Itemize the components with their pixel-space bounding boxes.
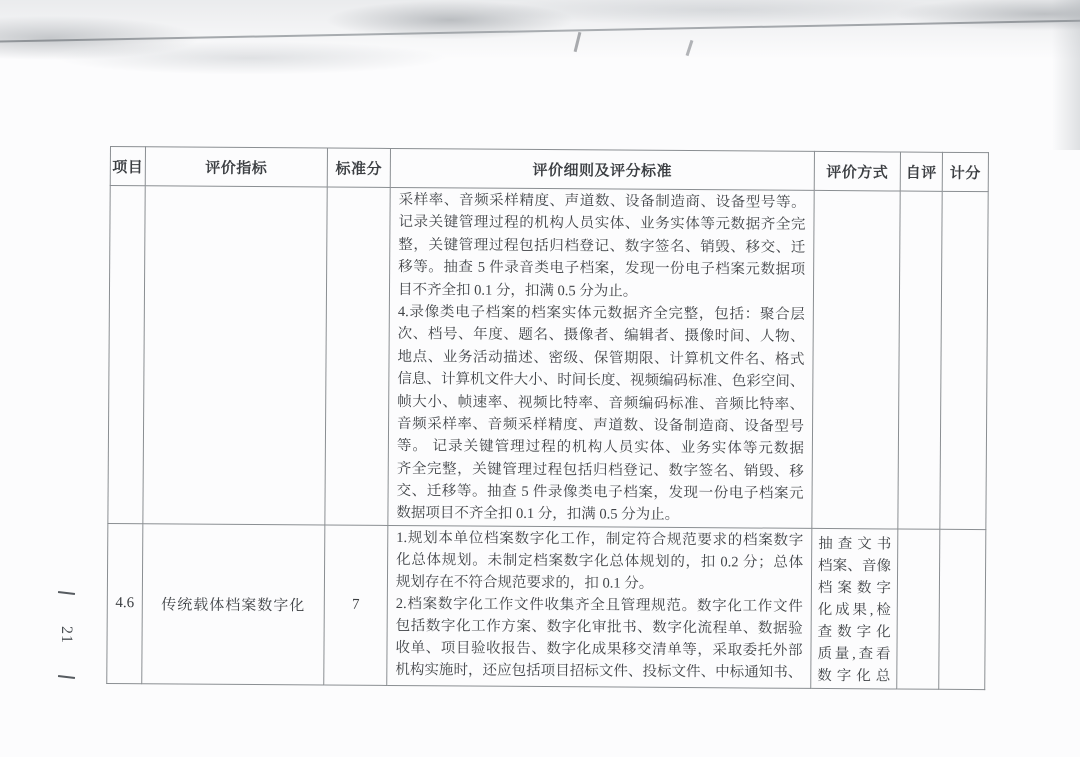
scan-fold-tick [686, 40, 694, 56]
detail-line: 整，关键管理过程包括归档登记、数字签名、销毁、移交、迁 [398, 234, 805, 259]
page-number-dash [57, 675, 74, 679]
cell-indicator [143, 186, 327, 525]
method-line: 档案、音像 [818, 555, 891, 578]
col-header-score: 计分 [942, 152, 988, 191]
detail-line: 收单、项目验收报告、数字化成果移交清单等，采取委托外部 [395, 637, 802, 662]
table-row-46: 4.6 传统载体档案数字化 7 1.规划本单位档案数字化工作，制定符合规范要求的… [107, 523, 986, 689]
detail-line: 音频采样率、音频采样精度、声道数、设备制造商、设备型号 [397, 413, 804, 438]
evaluation-table-wrapper: 项目 评价指标 标准分 评价细则及评分标准 评价方式 自评 计分 采样率、音频采… [106, 146, 989, 690]
detail-line: 1.规划本单位档案数字化工作，制定符合规范要求的档案数字 [396, 527, 803, 552]
detail-line: 信息、计算机文件大小、时间长度、视频编码标准、色彩空间、 [397, 368, 804, 393]
detail-line: 4.录像类电子档案的档案实体元数据齐全完整，包括：聚合层 [398, 301, 805, 326]
cell-details: 1.规划本单位档案数字化工作，制定符合规范要求的档案数字 化总体规划。未制定档案… [387, 525, 812, 688]
col-header-self-eval: 自评 [900, 152, 942, 191]
detail-line: 数据项目不齐全扣 0.1 分，扣满 0.5 分为止。 [396, 502, 803, 527]
table-header-row: 项目 评价指标 标准分 评价细则及评分标准 评价方式 自评 计分 [110, 147, 988, 192]
method-line: 化成果,检 [818, 599, 891, 622]
method-line: 质量,查看 [817, 643, 890, 666]
col-header-indicator: 评价指标 [145, 147, 327, 187]
cell-method: 抽查文书 档案、音像 档案数字 化成果,检 查数字化 质量,查看 数字化总 [811, 528, 898, 688]
table-row-continuation: 采样率、音频采样精度、声道数、设备制造商、设备型号等。 记录关键管理过程的机构人… [108, 186, 988, 530]
cell-score [939, 529, 986, 689]
method-line: 抽查文书 [818, 533, 891, 556]
cell-self-eval [897, 529, 940, 689]
col-header-details: 评价细则及评分标准 [390, 148, 814, 190]
detail-line: 交、迁移等。抽查 5 件录像类电子档案，发现一份电子档案元 [397, 480, 804, 505]
detail-line: 帧大小、帧速率、视频比特率、音频编码标准、音频比特率、 [397, 391, 804, 416]
cell-self-eval [898, 191, 942, 529]
scan-fold-tick [574, 32, 582, 52]
detail-line: 机构实施时，还应包括项目招标文件、投标文件、中标通知书、 [395, 659, 802, 684]
page-number-dash [57, 591, 74, 595]
evaluation-table: 项目 评价指标 标准分 评价细则及评分标准 评价方式 自评 计分 采样率、音频采… [106, 146, 989, 690]
cell-item: 4.6 [107, 523, 143, 683]
col-header-method: 评价方式 [814, 151, 900, 191]
page-number: 21 [48, 592, 84, 678]
col-header-standard-score: 标准分 [327, 148, 390, 187]
detail-line: 次、档号、年度、题名、摄像者、编辑者、摄像时间、人物、 [398, 323, 805, 348]
cell-details: 采样率、音频采样精度、声道数、设备制造商、设备型号等。 记录关键管理过程的机构人… [388, 187, 814, 528]
scan-fold-line [0, 19, 1080, 42]
cell-standard-score: 7 [324, 525, 388, 685]
scan-shadow-artifact [0, 0, 1080, 96]
page-number-value: 21 [57, 626, 75, 644]
detail-line: 规划存在不符合规范要求的，扣 0.1 分。 [396, 571, 803, 596]
method-line: 档案数字 [818, 577, 891, 600]
col-header-item: 项目 [110, 147, 145, 186]
detail-line: 包括数字化工作方案、数字化审批书、数字化流程单、数据验 [396, 615, 803, 640]
cell-indicator: 传统载体档案数字化 [142, 524, 325, 685]
page-edge-shade [1052, 0, 1080, 150]
detail-line: 移等。抽查 5 件录音类电子档案，发现一份电子档案元数据项 [398, 256, 805, 281]
cell-item [108, 186, 145, 524]
detail-line: 2.档案数字化工作文件收集齐全且管理规范。数字化工作文件 [396, 593, 803, 618]
detail-line: 化总体规划。未制定档案数字化总体规划的，扣 0.2 分；总体 [396, 549, 803, 574]
detail-line: 记录关键管理过程的机构人员实体、业务实体等元数据齐全完 [398, 211, 805, 236]
detail-line: 目不齐全扣 0.1 分，扣满 0.5 分为止。 [398, 279, 805, 304]
method-line: 查数字化 [818, 621, 891, 644]
cell-standard-score [325, 187, 390, 525]
detail-line: 等。 记录关键管理过程的机构人员实体、业务实体等元数据 [397, 435, 804, 460]
detail-line: 地点、业务活动描述、密级、保管期限、计算机文件名、格式 [397, 346, 804, 371]
cell-method [812, 190, 900, 528]
detail-line: 齐全完整，关键管理过程包括归档登记、数字签名、销毁、移 [397, 458, 804, 483]
method-line: 数字化总 [817, 665, 890, 688]
detail-line: 采样率、音频采样精度、声道数、设备制造商、设备型号等。 [399, 189, 806, 214]
cell-score [940, 191, 988, 529]
